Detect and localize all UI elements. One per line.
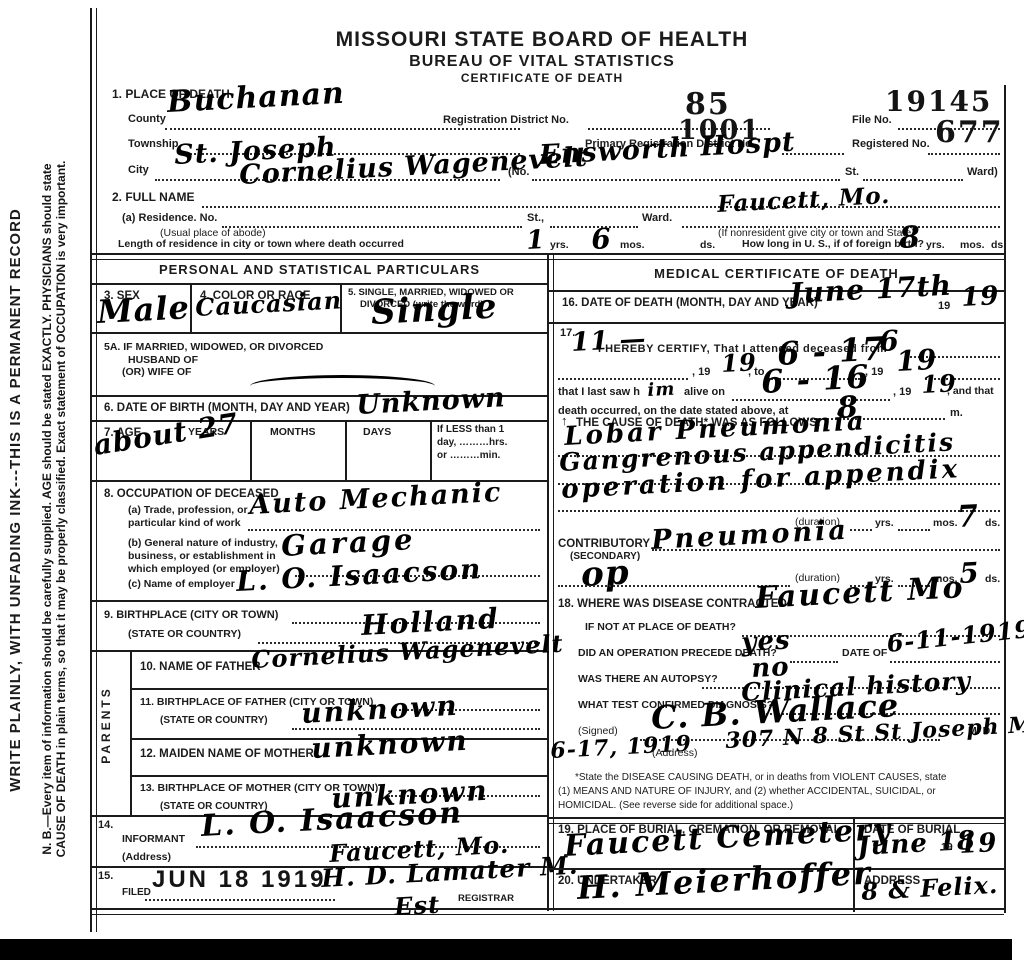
filed-label: FILED <box>122 887 151 898</box>
file-no-value: 19145 <box>885 88 992 116</box>
occupation-a-label-1: (a) Trade, profession, or <box>128 505 248 517</box>
header-board: MISSOURI STATE BOARD OF HEALTH <box>262 28 822 51</box>
footnote-line-2: (1) MEANS AND NATURE OF INJURY, and (2) … <box>558 786 936 797</box>
item-15-label: 15. <box>98 870 113 882</box>
autopsy-label: WAS THERE AN AUTOPSY? <box>578 674 718 686</box>
certify-19-a: , 19 <box>692 366 710 378</box>
length-yrs-label: yrs. <box>550 240 569 252</box>
certify-line-3b: alive on <box>684 386 725 398</box>
form-right-border <box>1004 85 1006 913</box>
cause-line-3-dots <box>558 509 1000 512</box>
race-value: Caucasian <box>195 288 343 320</box>
residence-no-line <box>222 225 522 228</box>
age-value: about 27 <box>92 409 241 460</box>
date-of-death-label: 16. DATE OF DEATH (MONTH, DAY AND YEAR) <box>562 297 818 310</box>
birthplace-label: 9. BIRTHPLACE (CITY OR TOWN) <box>104 609 278 621</box>
cell-divider <box>345 420 347 480</box>
length-mos-label: mos. <box>620 240 645 252</box>
length-mos-value: 6 <box>591 225 613 254</box>
county-value: Buchanan <box>166 79 345 118</box>
city-label: City <box>128 164 149 176</box>
margin-warning-text: WRITE PLAINLY, WITH UNFADING INK---THIS … <box>8 95 25 905</box>
age-less-label-1: If LESS than 1 <box>437 424 504 435</box>
residence-ward-label: Ward. <box>642 212 672 224</box>
spouse-label-1: 5A. IF MARRIED, WIDOWED, OR DIVORCED <box>104 342 323 354</box>
if-not-label: IF NOT AT PLACE OF DEATH? <box>585 622 736 634</box>
father-name-value: Cornelius Wagenevelt <box>251 632 564 672</box>
length-ds-label: ds. <box>700 240 715 252</box>
him-fill: im <box>647 381 676 400</box>
attended-from-day-value: 11 — <box>571 326 647 356</box>
personal-title: PERSONAL AND STATISTICAL PARTICULARS <box>92 263 547 277</box>
registered-no-line <box>928 152 1000 155</box>
occupation-a-label-2: particular kind of work <box>128 518 241 530</box>
occupation-b-label-1: (b) General nature of industry, <box>128 538 278 550</box>
physician-address-label: (Address) <box>652 748 698 760</box>
father-birthplace-label-2: (STATE OR COUNTRY) <box>160 715 268 726</box>
footnote-line-3: HOMICIDAL. (See reverse side for additio… <box>558 800 793 811</box>
margin-note-line1: N. B.—Every item of information should b… <box>40 90 54 928</box>
cause-duration-dots-b <box>898 528 930 531</box>
parents-label: PARENTS <box>100 655 113 795</box>
contributory-label: CONTRIBUTORY <box>558 538 650 551</box>
age-less-label-3: or ………min. <box>437 450 500 461</box>
certify-m-label: m. <box>950 407 963 419</box>
us-yrs-value: 8 <box>898 223 921 254</box>
registered-no-label: Registered No. <box>852 138 930 150</box>
date-of-death-value: June 17th <box>789 272 953 308</box>
age-less-label-2: day, ………hrs. <box>437 437 507 448</box>
institution-ward-label: Ward) <box>967 166 998 178</box>
death-certificate-scan: { "margin": { "outer": "WRITE PLAINLY, W… <box>0 0 1024 960</box>
parents-cell-divider <box>130 650 132 815</box>
us-yrs-label: yrs. <box>926 240 945 252</box>
us-length-label: How long in U. S., if of foreign birth? <box>742 239 924 251</box>
father-birthplace-value: unknown <box>301 692 460 728</box>
filed-line <box>145 898 335 901</box>
operation-date-label: DATE OF <box>842 648 887 660</box>
informant-label: INFORMANT <box>122 834 185 846</box>
contrib-duration-ds: ds. <box>985 574 1000 586</box>
column-divider <box>547 253 554 911</box>
item-14-label: 14. <box>98 819 113 831</box>
cause-duration-ds: ds. <box>985 518 1000 530</box>
cell-divider <box>250 420 252 480</box>
burial-19: 19 <box>941 842 953 854</box>
date-of-death-19: 19 <box>938 300 950 312</box>
age-days-label: DAYS <box>363 427 391 439</box>
registered-no-value: 677 <box>935 118 1004 148</box>
institution-st-label: St. <box>845 166 859 178</box>
certify-line-3a: that I last saw h <box>558 386 640 398</box>
father-name-label: 10. NAME OF FATHER <box>140 661 261 674</box>
header-bureau: BUREAU OF VITAL STATISTICS <box>312 53 772 71</box>
certify-line-3-dots <box>732 398 890 401</box>
dob-value: Unknown <box>356 384 507 419</box>
occupation-trade-value: Auto Mechanic <box>249 479 503 519</box>
birthplace-label-2: (STATE OR COUNTRY) <box>128 629 241 641</box>
residence-st-label: St., <box>527 212 544 224</box>
residence-label: (a) Residence. No. <box>122 212 217 224</box>
rule <box>92 283 547 285</box>
cause-duration-dots-a <box>850 528 872 531</box>
disease-contracted-label: 18. WHERE WAS DISEASE CONTRACTED <box>558 598 787 611</box>
rule <box>92 332 547 334</box>
sex-value: Male <box>96 291 190 328</box>
registrar-deputy-initials: Est <box>394 893 441 919</box>
rule <box>130 688 547 690</box>
disease-contracted-value: Faucett Mo <box>754 573 965 614</box>
certify-19-c: , 19 <box>893 386 911 398</box>
header-certificate: CERTIFICATE OF DEATH <box>362 72 722 85</box>
margin-note-line2: CAUSE OF DEATH in plain terms, so that i… <box>54 90 68 928</box>
filed-date-stamp: JUN 18 1919 <box>152 868 326 892</box>
institution-line <box>532 178 840 181</box>
date-of-death-year: 19 <box>961 283 1000 311</box>
registrar-label: REGISTRAR <box>458 894 514 904</box>
length-yrs-value: 1 <box>526 227 546 254</box>
form-left-border <box>90 8 97 932</box>
spouse-blank-stroke <box>250 375 435 386</box>
spouse-label-3: (OR) WIFE OF <box>122 367 191 379</box>
rule <box>92 600 547 602</box>
spouse-label-2: HUSBAND OF <box>128 355 198 367</box>
scan-edge-band <box>0 939 1012 960</box>
footnote-line-1: *State the DISEASE CAUSING DEATH, or in … <box>575 772 946 783</box>
us-mos-label: mos. <box>960 240 985 252</box>
township-label: Township <box>128 138 179 150</box>
undertaker-value: H. Meierhoffer <box>576 857 872 904</box>
rule <box>549 322 1004 324</box>
operation-date-dots <box>890 660 1000 663</box>
occupation-b-label-2: business, or establishment in <box>128 551 276 563</box>
operation-dots <box>790 660 838 663</box>
occupation-c-label: (c) Name of employer <box>128 579 235 591</box>
us-ds-label: ds. <box>991 240 1006 252</box>
undertaker-address-value: 8 & Felix. <box>861 873 999 904</box>
full-name-label: 2. FULL NAME <box>112 191 194 204</box>
margin-note-block: N. B.—Every item of information should b… <box>40 90 68 928</box>
institution-st-line <box>863 178 963 181</box>
marital-value: Single <box>370 289 498 330</box>
age-months-label: MONTHS <box>270 427 316 439</box>
county-line <box>165 127 520 130</box>
cause-duration-ds-value: 7 <box>956 502 979 533</box>
residence-value: Faucett, Mo. <box>717 184 891 216</box>
informant-address-label: (Address) <box>122 852 171 864</box>
cell-divider <box>430 420 432 480</box>
contributory-dots <box>652 548 1000 551</box>
cause-duration-mos: mos. <box>933 518 958 530</box>
length-residence-label: Length of residence in city or town wher… <box>118 239 404 251</box>
cause-duration-yrs: yrs. <box>875 518 894 530</box>
burial-year-value: 19 <box>959 830 998 858</box>
bottom-border <box>92 908 1004 915</box>
county-label: County <box>128 113 166 125</box>
mother-name-value: unknown <box>311 727 470 763</box>
certify-and-that: , and that <box>947 386 994 398</box>
mother-name-label: 12. MAIDEN NAME OF MOTHER <box>140 748 314 761</box>
reg-district-label: Registration District No. <box>443 114 569 126</box>
